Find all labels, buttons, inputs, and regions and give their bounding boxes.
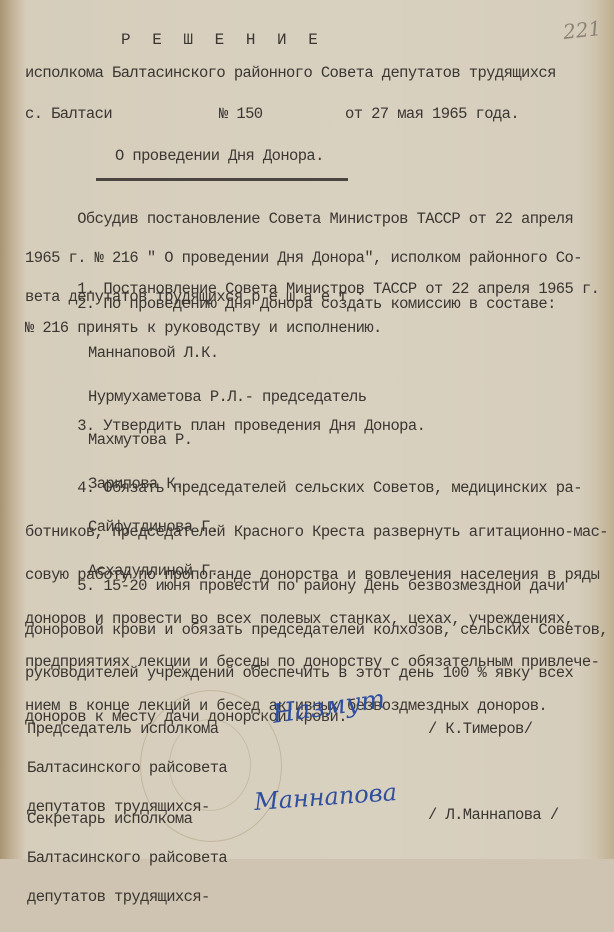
place: с. Балтаси: [25, 107, 112, 121]
item-line: 4. Обязать председателей сельских Совето…: [25, 481, 608, 496]
commission-member: Маннаповой Л.К.: [88, 346, 366, 361]
subject: О проведении Дня Донора.: [115, 149, 324, 163]
preamble-line: Обсудив постановление Совета Министров Т…: [25, 213, 582, 226]
decision-date: от 27 мая 1965 года.: [345, 107, 519, 121]
decision-number: № 150: [219, 107, 263, 121]
folio-number: 221: [562, 16, 602, 44]
commission-member: Нурмухаметова Р.Л.- председатель: [88, 390, 366, 405]
signatory-title-line: Балтасинского райсовета: [27, 852, 227, 859]
document-page: 221 Р Е Ш Е Н И Е исполкома Балтасинског…: [0, 0, 614, 859]
commission-member: Махмутова Р.: [88, 433, 366, 448]
issuing-organization: исполкома Балтасинского районного Совета…: [25, 66, 556, 80]
document-title: Р Е Ш Е Н И Е: [121, 33, 324, 47]
signatory-title-line: Секретарь исполкома: [27, 813, 227, 826]
chairman-name: / К.Тимеров/: [428, 722, 532, 736]
item-line: 5. 15-20 июня провести по району День бе…: [25, 579, 608, 594]
secretary-name: / Л.Маннапова /: [428, 808, 559, 822]
signatory-title-line: Председатель исполкома: [27, 723, 227, 736]
signatory-title-line: Балтасинского райсовета: [27, 762, 227, 775]
item-line: руководителей учреждений обеспечить в эт…: [25, 666, 608, 681]
item-3: 3. Утвердить план проведения Дня Донора.: [25, 420, 425, 433]
item-line: ботников, председателей Красного Креста …: [25, 525, 608, 540]
subject-underline: [96, 178, 348, 181]
item-line: доноровой крови и обязать председателей …: [25, 623, 608, 638]
secretary-title: Секретарь исполкома Балтасинского райсов…: [27, 787, 227, 859]
item-2: 2. По проведению Дня Донора создать коми…: [25, 298, 556, 311]
